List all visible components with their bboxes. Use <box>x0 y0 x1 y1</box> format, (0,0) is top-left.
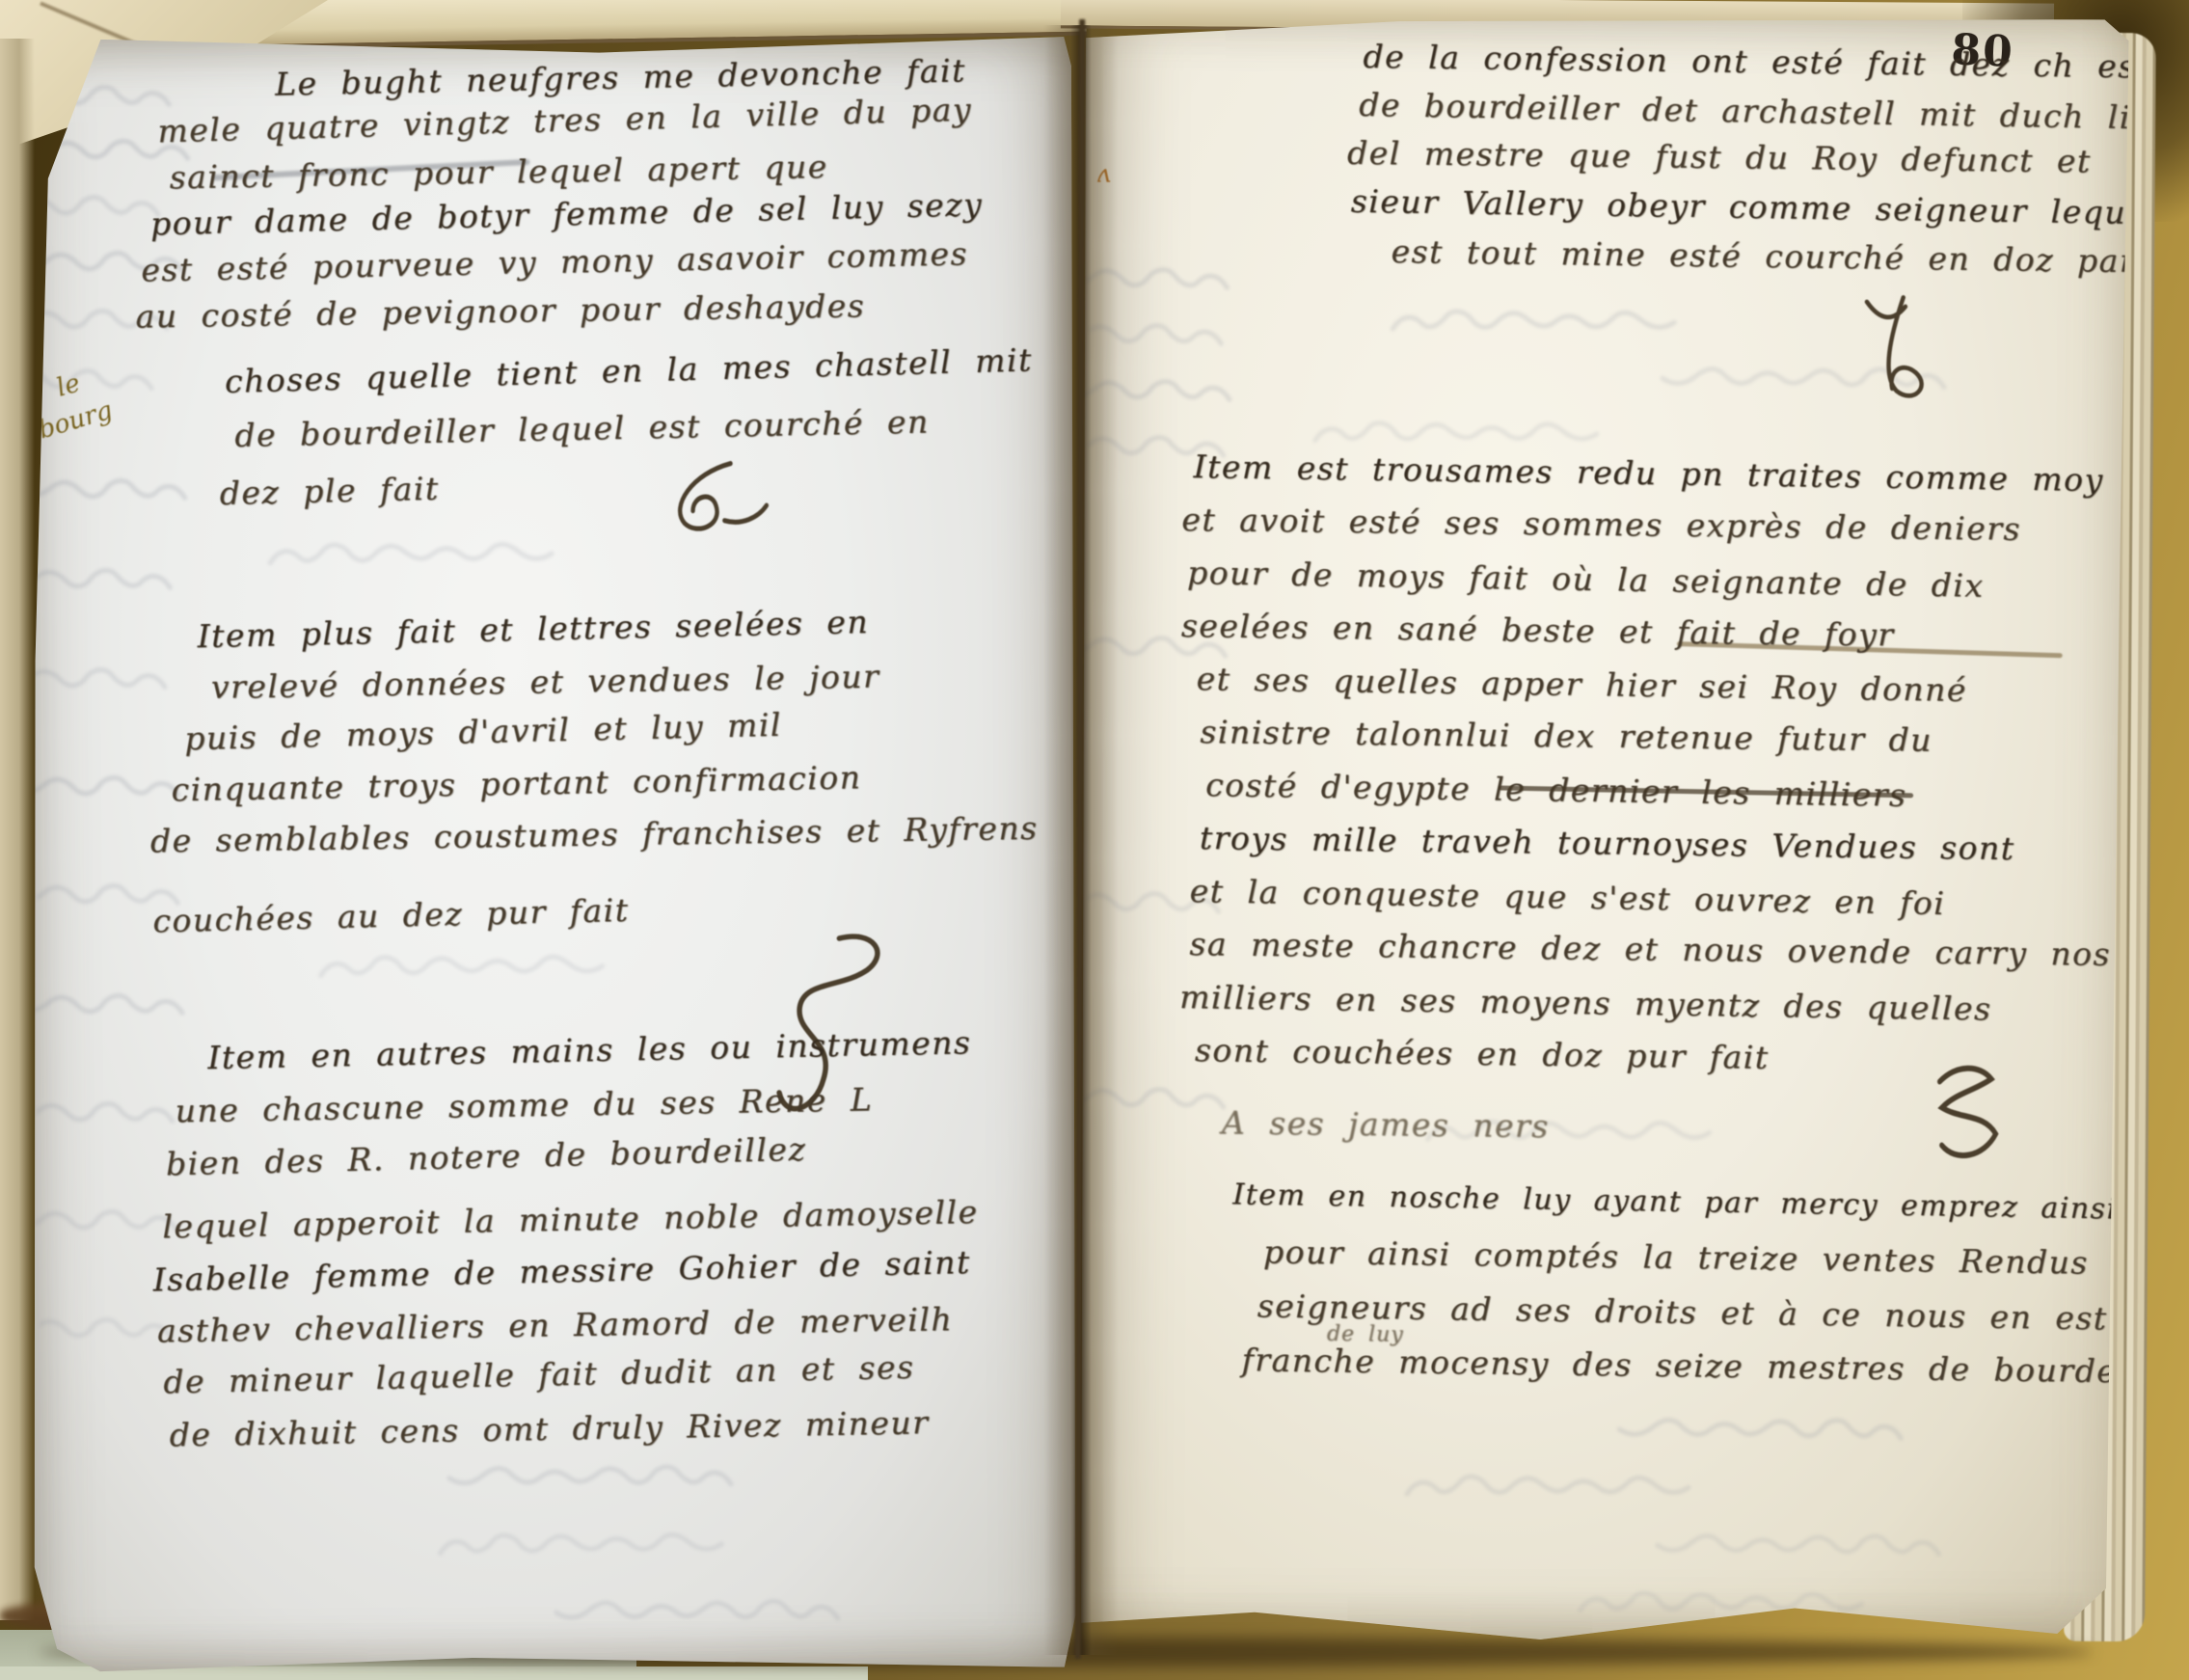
bleed-through-mark <box>1311 418 1774 450</box>
manuscript-line: de dixhuit cens omt druly Rivez mineur <box>169 1403 929 1453</box>
manuscript-line: franche mocensy des seize mestres de bou… <box>1241 1341 2189 1391</box>
bleed-through-mark <box>1307 1413 1905 1447</box>
manuscript-line: seelées en sané beste et fait de foyr <box>1181 607 1895 654</box>
bleed-through-mark <box>35 474 189 506</box>
manuscript-line: Item plus fait et lettres seelées en <box>197 603 869 655</box>
bleed-through-mark <box>40 1314 175 1345</box>
manuscript-line: de mineur laquelle fait dudit an et ses <box>163 1348 915 1401</box>
manuscript-line: de bourdeiller det archastell mit duch l… <box>1359 86 2174 137</box>
manuscript-line: Isabelle femme de messire Gohier de sain… <box>152 1243 971 1298</box>
bleed-through-mark <box>1403 1471 1905 1504</box>
bleed-through-mark <box>1576 1587 1961 1620</box>
manuscript-line: et avoit esté ses sommes exprès de denie… <box>1181 501 2021 548</box>
bleed-through-mark <box>302 1595 842 1629</box>
manuscript-line: lequel apperoit la minute noble damoysel… <box>162 1193 979 1246</box>
bleed-through-mark <box>1384 1529 1943 1562</box>
manuscript-line: et la conqueste que s'est ouvrez en foi <box>1189 872 1945 922</box>
manuscript-line: bien des R. notere de bourdeillez <box>165 1130 806 1183</box>
manuscript-line: sinistre talonnlui dex retenue futur du <box>1200 713 1932 759</box>
bleed-through-mark <box>32 989 186 1021</box>
manuscript-line: au costé de pevignoor pour deshaydes <box>135 286 865 335</box>
right-page: 80 ʌ de la confession ont esté fait dez … <box>1074 15 2140 1644</box>
bleed-through-mark <box>317 950 635 983</box>
manuscript-line: est esté pourveue vy mony asavoir commes <box>141 234 968 288</box>
manuscript-line: Item est trousames redu pn traites comme… <box>1193 447 2189 501</box>
bleed-through-mark <box>35 1206 179 1237</box>
left-page: le bourg Le bught neufgres me devonche f… <box>22 34 1081 1674</box>
paraph-flourish <box>661 456 777 544</box>
bleed-through-mark <box>233 1461 735 1495</box>
bleed-through-mark <box>32 772 181 803</box>
bleed-through-mark <box>266 537 681 571</box>
bleed-through-mark <box>37 1097 176 1129</box>
paraph-flourish <box>1851 290 1949 416</box>
manuscript-line: sa meste chancre dez et nous ovende carr… <box>1189 925 2111 973</box>
bleed-through-mark <box>30 366 155 397</box>
manuscript-photo: { "page_number": "80", "margin_note": { … <box>0 0 2189 1680</box>
margin-note-line2: bourg <box>36 396 116 446</box>
manuscript-line: et ses quelles apper hier sei Roy donné <box>1196 660 1967 709</box>
bleed-through-mark <box>1389 306 1929 339</box>
manuscript-line: choses quelle tient en la mes chastell m… <box>224 340 1033 400</box>
manuscript-line: dez ple fait <box>219 470 440 512</box>
manuscript-line: sieur Vallery obeyr comme seigneur leque… <box>1351 182 2159 231</box>
manuscript-line: pour de moys fait où la seignante de dix <box>1187 554 1985 605</box>
faint-manuscript-line: A ses james ners <box>1221 1103 1549 1145</box>
manuscript-line: sainct fronc pour lequel apert que <box>169 148 828 196</box>
manuscript-line: puis de moys d'avril et luy mil <box>184 706 782 758</box>
manuscript-line: est tout mine esté courché en doz partie… <box>1391 232 2189 281</box>
manuscript-line: couchées au dez pur fait <box>152 891 630 940</box>
bleed-through-mark <box>436 1528 802 1560</box>
manuscript-line: de semblables coustumes franchises et Ry… <box>150 809 1039 860</box>
manuscript-line: vrelevé données et vendues le jour <box>211 658 880 706</box>
manuscript-line: une chascune somme du ses Rene L <box>175 1080 873 1129</box>
manuscript-line: Item en nosche luy ayant par mercy empre… <box>1232 1178 2189 1228</box>
manuscript-line: de la confession ont esté fait dez ch es… <box>1363 38 2189 87</box>
manuscript-line: pour ainsi comptés la treize ventes Rend… <box>1263 1233 2172 1282</box>
bleed-through-mark <box>27 191 162 223</box>
manuscript-line: cinquante troys portant confirmacion <box>171 758 861 808</box>
manuscript-line: troys mille traveh tournoyses Vendues so… <box>1200 819 2015 867</box>
book-left-edge <box>0 39 35 1620</box>
manuscript-line: asthev chevalliers en Ramord de merveilh <box>157 1300 954 1349</box>
bleed-through-mark <box>34 664 169 695</box>
bleed-through-mark <box>29 564 174 596</box>
manuscript-line: del mestre que fust du Roy defunct et <box>1347 134 2092 180</box>
manuscript-line: de bourdeiller lequel est courché en <box>234 403 930 454</box>
manuscript-line: sont couchées en doz pur fait <box>1195 1031 1770 1076</box>
manuscript-line: milliers en ses moyens myentz des quelle… <box>1179 978 1992 1027</box>
paraph-flourish <box>1925 1058 2013 1174</box>
